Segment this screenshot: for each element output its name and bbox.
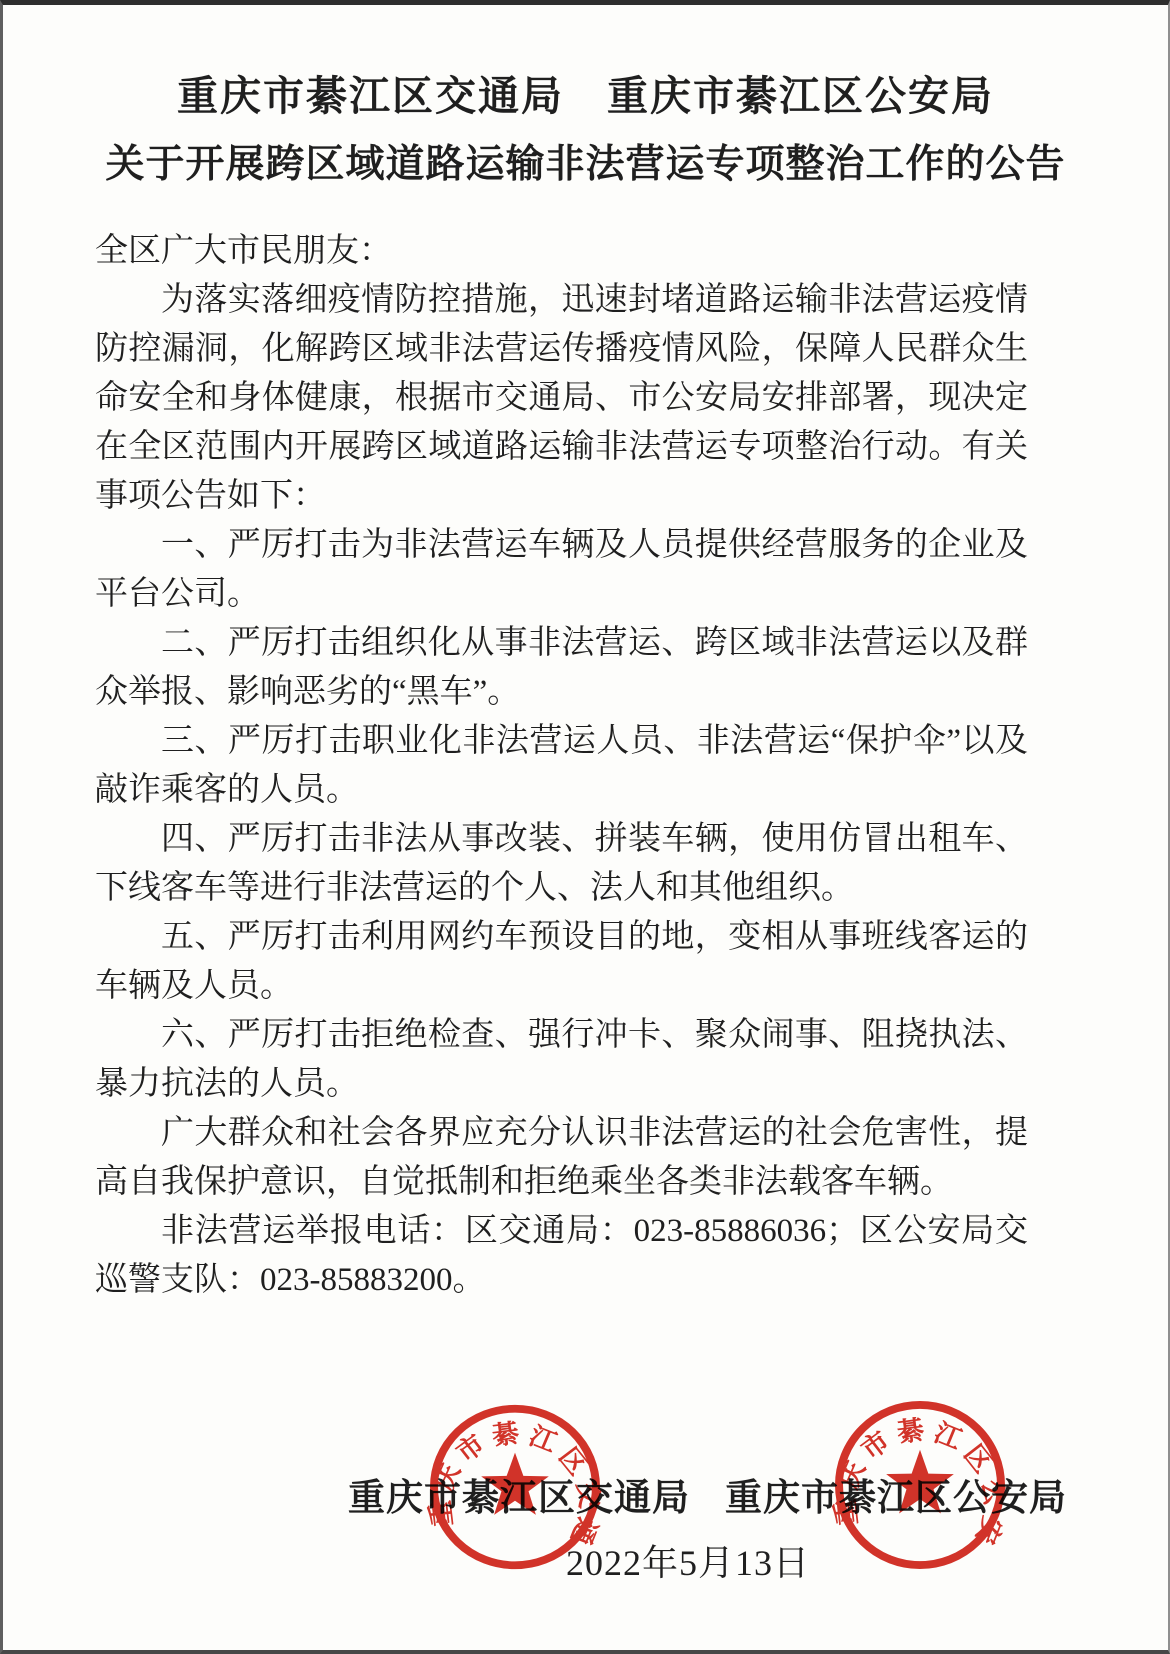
document-body: 全区广大市民朋友： 为落实落细疫情防控措施，迅速封堵道路运输非法营运疫情防控漏洞… [95, 227, 1028, 1305]
transport-bureau-seal: 重庆市綦江区交通局 [426, 1401, 604, 1573]
paragraph-item-6: 六、严厉打击拒绝检查、强行冲卡、聚众闹事、阻挠执法、暴力抗法的人员。 [95, 1011, 1028, 1109]
paragraph-appeal: 广大群众和社会各界应充分认识非法营运的社会危害性，提高自我保护意识，自觉抵制和拒… [95, 1109, 1028, 1207]
public-security-seal: 重庆市綦江区公安局 [831, 1397, 1009, 1573]
paragraph-item-5: 五、严厉打击利用网约车预设目的地，变相从事班线客运的车辆及人员。 [95, 913, 1028, 1011]
paragraph-item-3: 三、严厉打击职业化非法营运人员、非法营运“保护伞”以及敲诈乘客的人员。 [95, 717, 1028, 815]
paragraph-item-4: 四、严厉打击非法从事改装、拼装车辆，使用仿冒出租车、下线客车等进行非法营运的个人… [95, 815, 1028, 913]
paragraph-item-1: 一、严厉打击为非法营运车辆及人员提供经营服务的企业及平台公司。 [95, 521, 1028, 619]
salutation: 全区广大市民朋友： [95, 227, 1028, 276]
seal-star-icon [886, 1450, 954, 1514]
paragraph-item-2: 二、严厉打击组织化从事非法营运、跨区域非法营运以及群众举报、影响恶劣的“黑车”。 [95, 619, 1028, 717]
title-subject-line: 关于开展跨区域道路运输非法营运专项整治工作的公告 [33, 137, 1138, 193]
title-org-line: 重庆市綦江区交通局 重庆市綦江区公安局 [43, 67, 1128, 125]
paragraph-intro: 为落实落细疫情防控措施，迅速封堵道路运输非法营运疫情防控漏洞，化解跨区域非法营运… [95, 276, 1028, 521]
seal-star-icon [481, 1453, 549, 1515]
document-page: 重庆市綦江区交通局 重庆市綦江区公安局 关于开展跨区域道路运输非法营运专项整治工… [0, 0, 1170, 1654]
paragraph-hotline: 非法营运举报电话：区交通局：023-85886036；区公安局交巡警支队：023… [95, 1207, 1028, 1305]
